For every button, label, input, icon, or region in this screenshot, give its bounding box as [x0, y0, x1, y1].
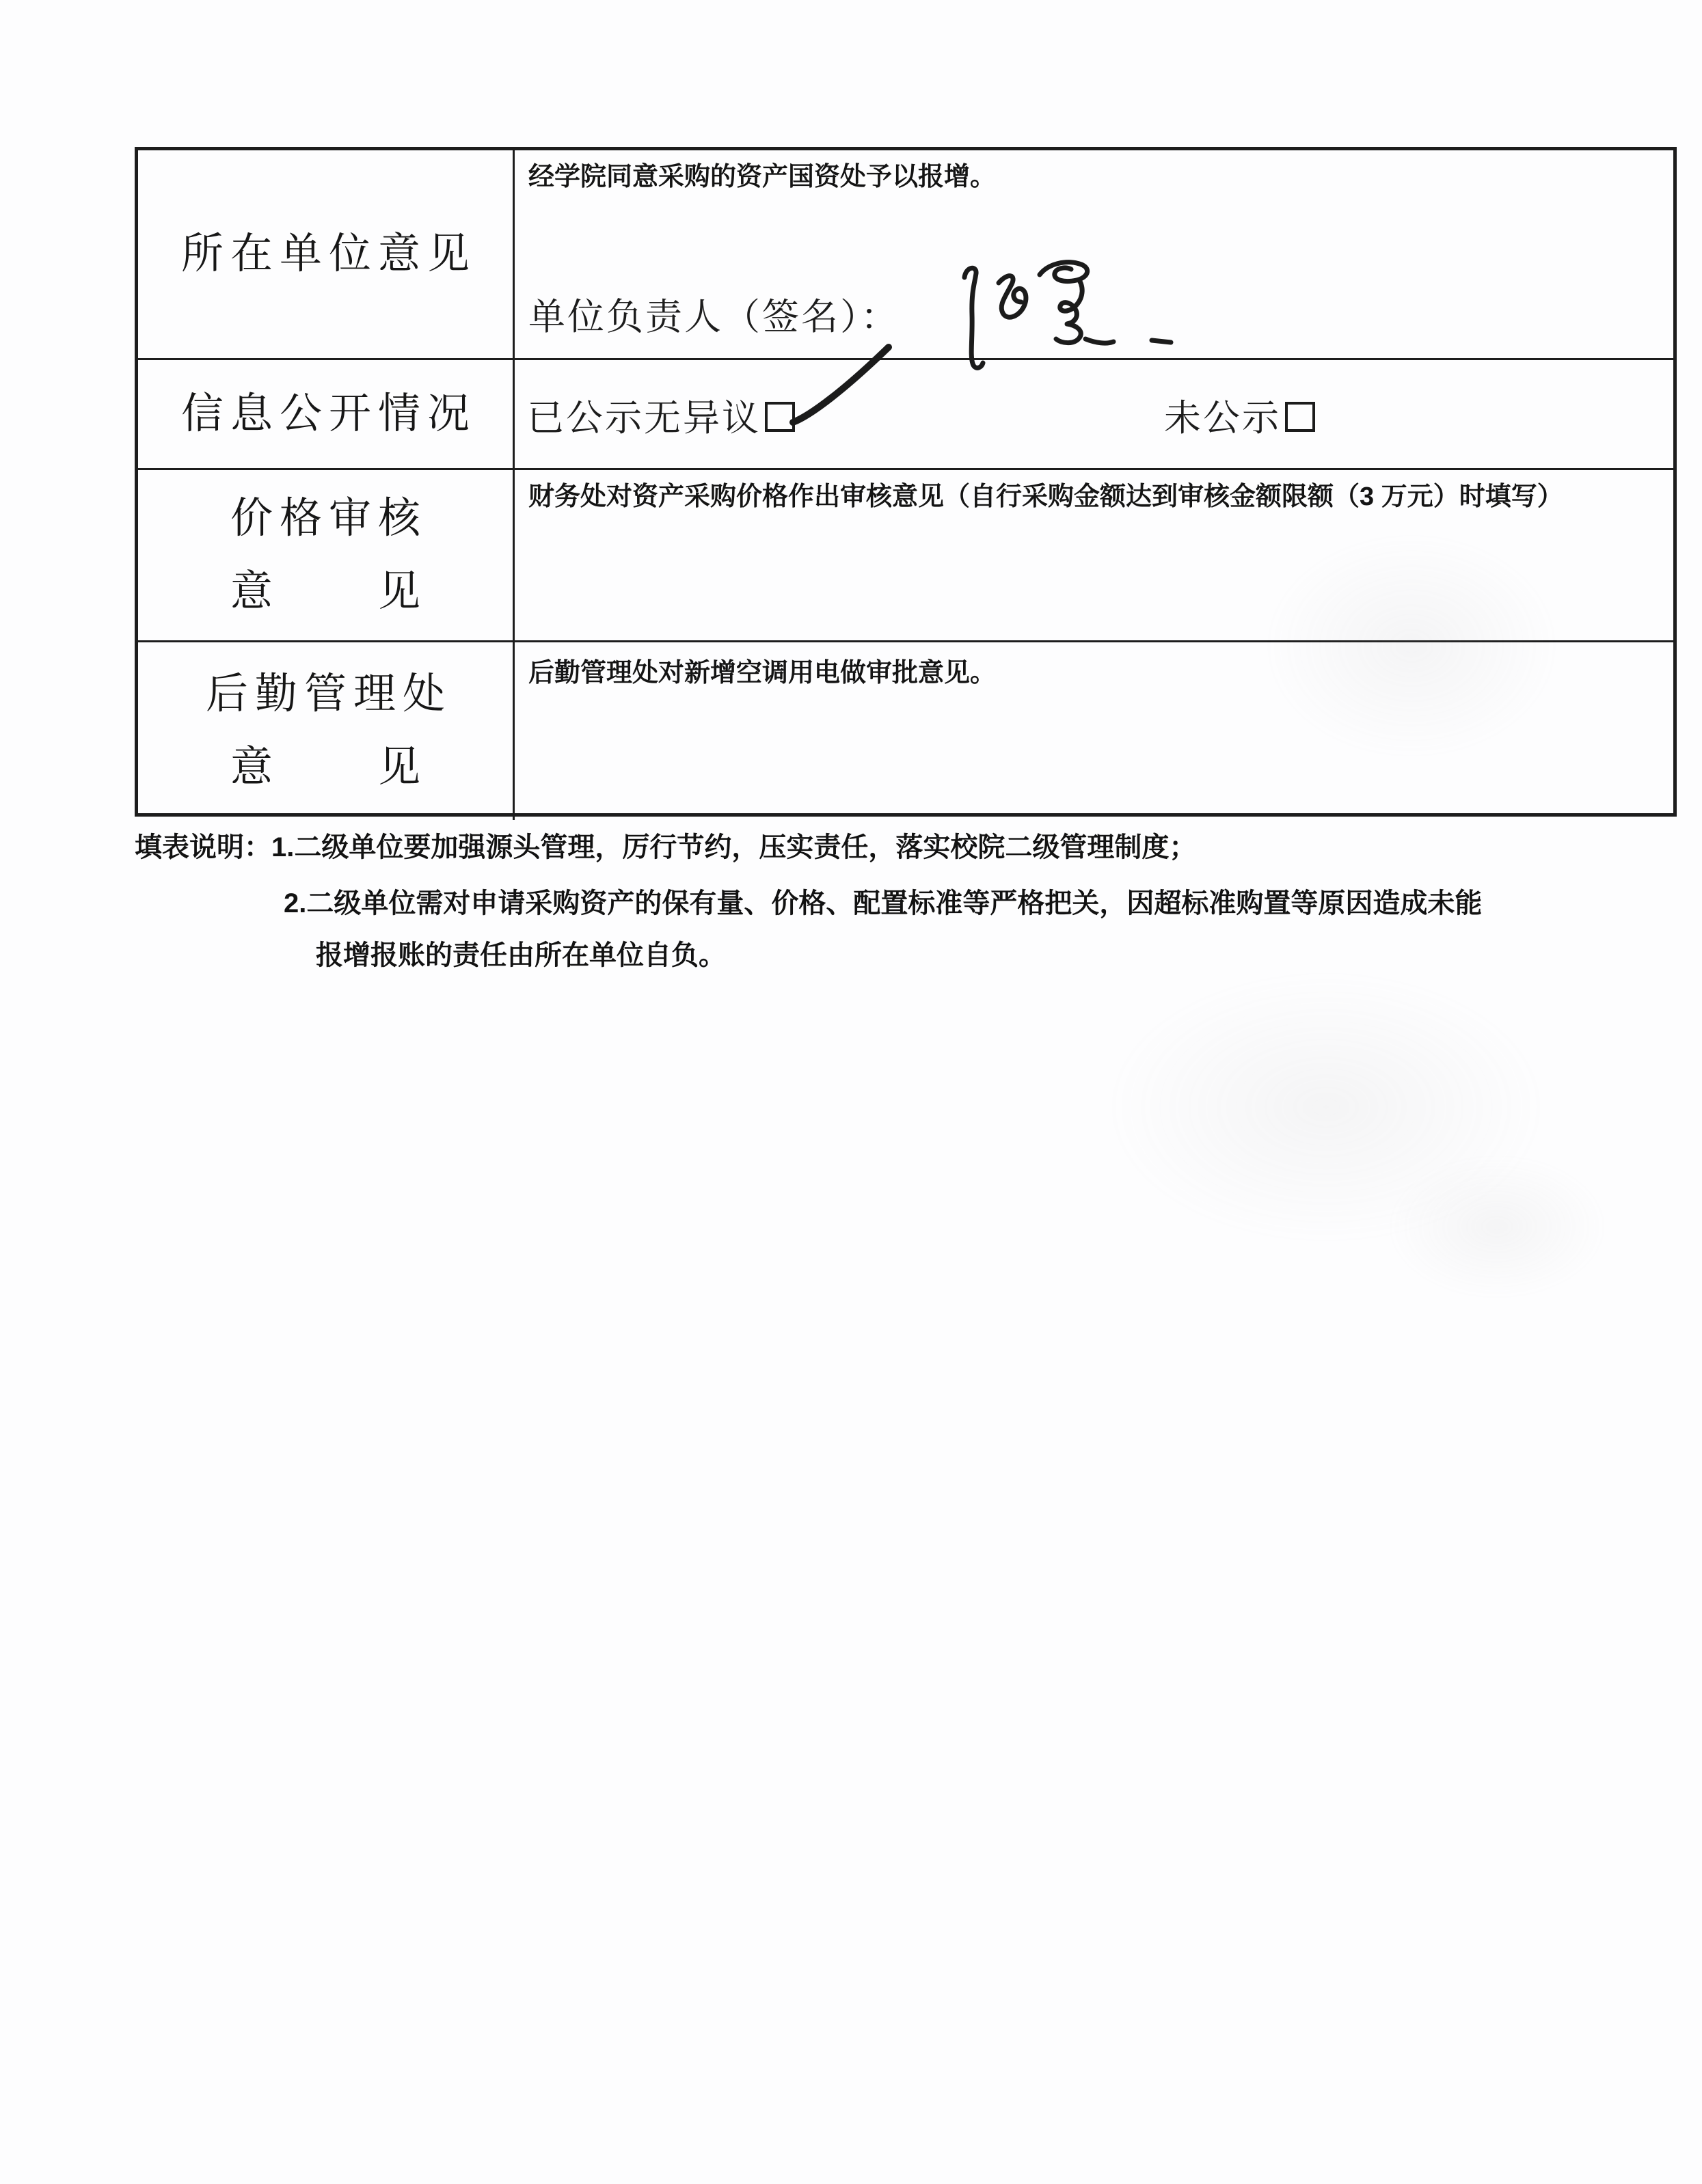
form-notes-line3: 报增报账的责任由所在单位自负。 [316, 939, 726, 972]
row-disclosure-header-cell: 信息公开情况 [138, 360, 515, 470]
row-logistics-content-cell: 后勤管理处对新增空调用电做审批意见。 [515, 642, 1673, 820]
unit-opinion-header-label: 所在单位意见 [174, 227, 476, 282]
price-review-header-line2: 意 见 [224, 564, 427, 620]
price-review-header-line1: 价格审核 [224, 491, 427, 547]
checkmark-stroke [785, 340, 901, 429]
price-review-comment: 财务处对资产采购价格作出审核意见（自行采购金额达到审核金额限额（3 万元）时填写… [528, 481, 1563, 514]
form-notes-line2: 2.二级单位需对申请采购资产的保有量、价格、配置标准等严格把关，因超标准购置等原… [284, 887, 1482, 920]
handwritten-signature [945, 247, 1185, 387]
row-logistics-header-cell: 后勤管理处 意 见 [138, 642, 515, 820]
unit-head-signature-label: 单位负责人（签名）： [528, 288, 900, 340]
row-price-review-content-cell: 财务处对资产采购价格作出审核意见（自行采购金额达到审核金额限额（3 万元）时填写… [515, 470, 1673, 642]
form-notes-line1: 填表说明：1.二级单位要加强源头管理，厉行节约，压实责任，落实校院二级管理制度； [135, 831, 1196, 864]
logistics-comment: 后勤管理处对新增空调用电做审批意见。 [528, 657, 996, 690]
row-price-review-header-cell: 价格审核 意 见 [138, 470, 515, 642]
approval-opinions-table: 所在单位意见 经学院同意采购的资产国资处予以报增。 单位负责人（签名）： 信息公… [135, 147, 1677, 817]
option-not-publicized: 未公示 [1164, 389, 1315, 441]
option-publicized-label: 已公示无异议 [527, 398, 761, 439]
option-publicized: 已公示无异议 [527, 389, 795, 441]
unit-opinion-comment: 经学院同意采购的资产国资处予以报增。 [528, 161, 996, 194]
scan-smudge [1107, 970, 1545, 1244]
row-unit-opinion-header-cell: 所在单位意见 [138, 150, 515, 360]
disclosure-header-label: 信息公开情况 [174, 387, 476, 442]
scan-smudge [1388, 1155, 1606, 1298]
checkbox-not-publicized-icon [1285, 402, 1315, 432]
scanned-form-page: 所在单位意见 经学院同意采购的资产国资处予以报增。 单位负责人（签名）： 信息公… [0, 0, 1702, 2184]
option-not-publicized-label: 未公示 [1164, 398, 1281, 439]
logistics-header-line2: 意 见 [224, 740, 427, 795]
logistics-header-line1: 后勤管理处 [199, 667, 452, 722]
